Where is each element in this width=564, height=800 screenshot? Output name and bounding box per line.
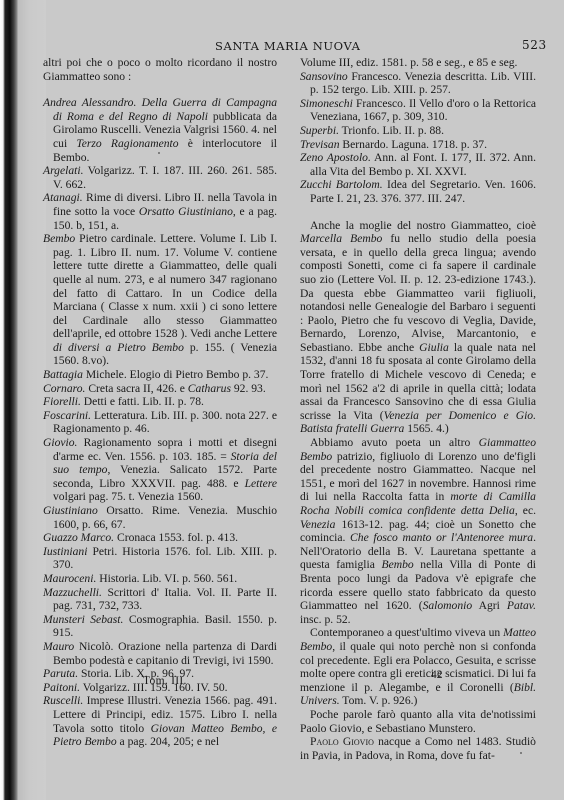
entry-author: Paitoni. (43, 681, 80, 694)
bibliography-entry: Simoneschi Francesco. Il Vello d'oro o l… (300, 97, 536, 124)
entry-author: Guazzo Marco. (43, 531, 114, 544)
entry-author: Superbi. (300, 124, 339, 137)
entry-author: Sansovino (300, 70, 348, 83)
entry-author: Andrea Alessandro. (43, 96, 136, 109)
entry-author: Iustiniani (43, 545, 87, 558)
entry-text: Petri. Historia 1576. fol. Lib. XIII. p.… (53, 545, 277, 572)
bibliography-entry: Superbi. Trionfo. Lib. II. p. 88. (300, 124, 536, 138)
entry-text: Creta sacra II, 426. e Catharus 92. 93. (88, 382, 265, 395)
bibliography-entry: Sansovino Francesco. Venezia descritta. … (300, 70, 536, 97)
entry-text: Historia. Lib. VI. p. 560. 561. (99, 572, 237, 585)
entry-text: Cronaca 1553. fol. p. 413. (117, 531, 238, 544)
running-head: SANTA MARIA NUOVA 523 (18, 39, 564, 55)
bibliography-entry: Battagia Michele. Elogio di Pietro Bembo… (43, 368, 277, 382)
body-paragraph: Anche la moglie del nostro Giammatteo, c… (300, 219, 536, 437)
bibliography-entry: Iustiniani Petri. Historia 1576. fol. Li… (43, 545, 277, 572)
signature-mark: Tom. III. (143, 675, 187, 687)
bibliography-entry: Munsteri Sebast. Cosmographia. Basil. 15… (43, 613, 277, 640)
body-paragraph: Paolo Giovio nacque a Como nel 1483. Stu… (300, 735, 536, 762)
entry-author: Simoneschi (300, 97, 353, 110)
entry-author: Munsteri Sebast. (43, 613, 123, 626)
entry-text: Pietro cardinale. Lettere. Volume I. Lib… (53, 232, 277, 367)
bibliography-entry: Mazzuchelli. Scrittori d' Italia. Vol. I… (43, 586, 277, 613)
bibliography-entry: Foscarini. Letteratura. Lib. III. p. 300… (43, 409, 277, 436)
entry-author: Ruscelli. (43, 694, 83, 707)
entry-text: Volume III, ediz. 1581. p. 58 e seg., e … (300, 56, 517, 69)
body-paragraph: Contemporaneo a quest'ultimo viveva un M… (300, 626, 536, 708)
bibliography-list-left: Andrea Alessandro. Della Guerra di Campa… (43, 96, 277, 749)
bibliography-entry: Mauroceni. Historia. Lib. VI. p. 560. 56… (43, 572, 277, 586)
bibliography-entry: Zeno Apostolo. Ann. al Font. I. 177, II.… (300, 151, 536, 178)
bibliography-entry: Argelati. Volgarizz. T. I. 187. III. 260… (43, 164, 277, 191)
bibliography-entry: Giovio. Ragionamento sopra i motti et di… (43, 436, 277, 504)
bibliography-entry: Andrea Alessandro. Della Guerra di Campa… (43, 96, 277, 164)
entry-author: Zeno Apostolo. (300, 151, 371, 164)
entry-author: Zucchi Bartolom. (300, 178, 383, 191)
entry-author: Argelati. (43, 164, 83, 177)
bibliography-entry: Volume III, ediz. 1581. p. 58 e seg., e … (300, 56, 536, 70)
entry-text: Detti e fatti. Lib. II. p. 78. (84, 395, 204, 408)
entry-author: Cornaro. (43, 382, 85, 395)
paper-speck (520, 752, 522, 754)
book-binding-edge (0, 0, 18, 800)
entry-text: Michele. Elogio di Pietro Bembo p. 37. (86, 368, 269, 381)
entry-text: Nicolò. Orazione nella partenza di Dardi… (53, 640, 277, 667)
bibliography-entry: Mauro Nicolò. Orazione nella partenza di… (43, 640, 277, 667)
entry-author: Battagia (43, 368, 83, 381)
bibliography-entry: Giustiniano Orsatto. Rime. Venezia. Musc… (43, 504, 277, 531)
bibliography-entry: Cornaro. Creta sacra II, 426. e Catharus… (43, 382, 277, 396)
bibliography-entry: Ruscelli. Imprese Illustri. Venezia 1566… (43, 694, 277, 748)
entry-author: Paruta. (43, 667, 78, 680)
body-paragraph: Abbiamo avuto poeta un altro Giammatteo … (300, 436, 536, 626)
right-column: Volume III, ediz. 1581. p. 58 e seg., e … (300, 56, 536, 762)
page-number: 523 (522, 38, 547, 52)
book-page: SANTA MARIA NUOVA 523 altri poi che o po… (18, 0, 564, 800)
entry-text: Rime di diversi. Libro II. nella Tavola … (53, 191, 277, 231)
entry-text: Trionfo. Lib. II. p. 88. (342, 124, 444, 137)
entry-author: Trevisan (300, 138, 340, 151)
running-title: SANTA MARIA NUOVA (215, 39, 361, 53)
entry-text: Ragionamento sopra i motti et disegni d'… (53, 436, 277, 503)
bibliography-entry: Zucchi Bartolom. Idea del Segretario. Ve… (300, 178, 536, 205)
bibliography-entry: Guazzo Marco. Cronaca 1553. fol. p. 413. (43, 531, 277, 545)
entry-author: Mauroceni. (43, 572, 96, 585)
bibliography-entry: Bembo Pietro cardinale. Lettere. Volume … (43, 232, 277, 368)
bibliography-entry: Trevisan Bernardo. Laguna. 1718. p. 37. (300, 138, 536, 152)
entry-text: Imprese Illustri. Venezia 1566. pag. 491… (53, 694, 277, 748)
bibliography-entry: Fiorelli. Detti e fatti. Lib. II. p. 78. (43, 395, 277, 409)
sheet-mark: 42 (431, 669, 443, 681)
body-text: Anche la moglie del nostro Giammatteo, c… (300, 219, 536, 763)
body-paragraph: Poche parole farò quanto alla vita de'no… (300, 708, 536, 735)
paper-speck (158, 152, 160, 154)
entry-author: Giustiniano (43, 504, 98, 517)
entry-text: Bernardo. Laguna. 1718. p. 37. (342, 138, 487, 151)
entry-author: Foscarini. (43, 409, 91, 422)
entry-author: Atanagi. (43, 191, 83, 204)
entry-author: Mauro (43, 640, 74, 653)
entry-author: Fiorelli. (43, 395, 81, 408)
entry-text: Volgarizz. T. I. 187. III. 260. 261. 585… (53, 164, 277, 191)
entry-author: Giovio. (43, 436, 77, 449)
bibliography-entry: Atanagi. Rime di diversi. Libro II. nell… (43, 191, 277, 232)
entry-author: Mazzuchelli. (43, 586, 102, 599)
paper-speck (318, 758, 320, 760)
bibliography-list-right: Volume III, ediz. 1581. p. 58 e seg., e … (300, 56, 536, 206)
left-column: altri poi che o poco o molto ricordano i… (43, 56, 277, 749)
intro-paragraph: altri poi che o poco o molto ricordano i… (43, 56, 277, 83)
entry-author: Bembo (43, 232, 75, 245)
